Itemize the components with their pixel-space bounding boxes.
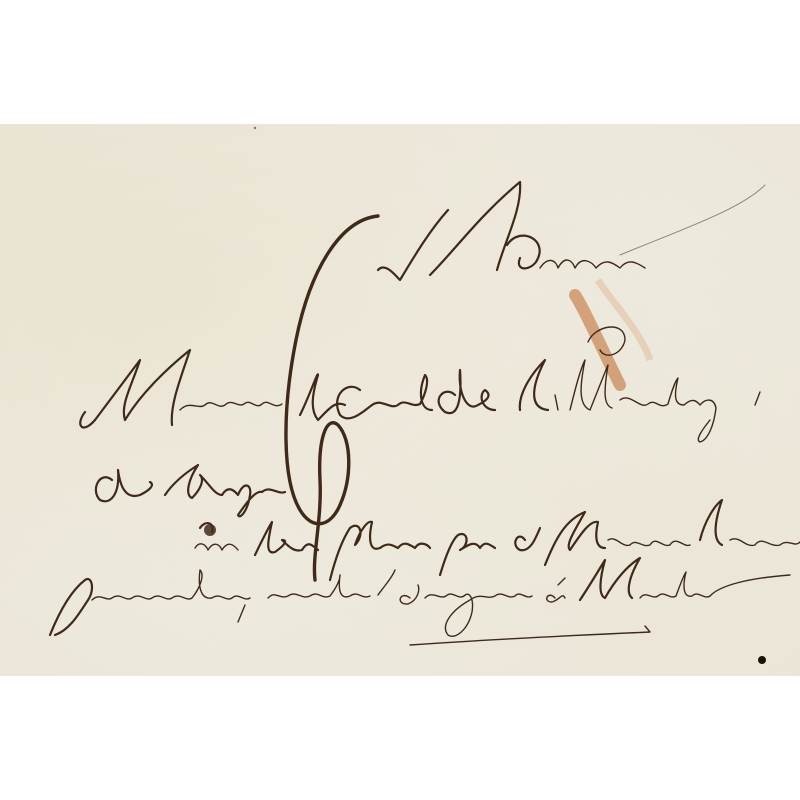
line-monsieur-top	[378, 182, 645, 280]
line-monsieur-le-comte	[80, 350, 760, 442]
ink-spot	[758, 656, 766, 664]
line-de-brignac	[96, 465, 285, 516]
red-tax-mark	[575, 280, 650, 385]
line-par-ravades	[50, 558, 790, 645]
letter-sheet: 6 Monsieur Monsieur le Comte de Villoutr…	[0, 124, 800, 676]
line-au-bac-plessis	[195, 500, 800, 580]
handwriting-strokes	[0, 124, 800, 676]
ink-flourish	[620, 185, 765, 255]
